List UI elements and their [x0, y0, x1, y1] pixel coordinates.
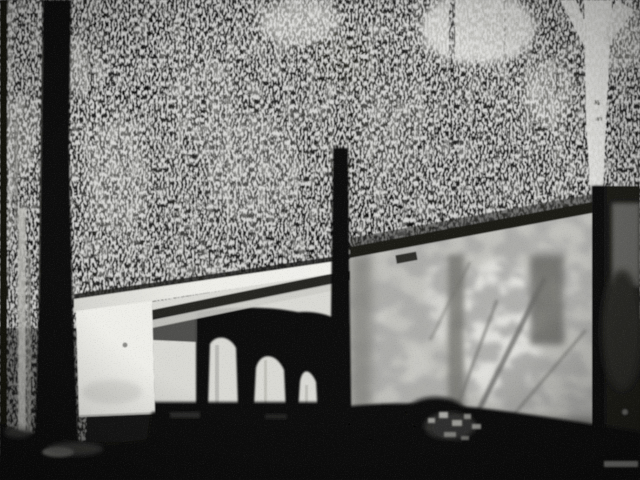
- photo-canvas: Black-and-white photograph of a modernis…: [0, 0, 640, 480]
- photograph: Black-and-white photograph of a modernis…: [0, 0, 640, 480]
- film-grain-dark: [0, 0, 640, 480]
- photo-stage: Black-and-white photograph of a modernis…: [0, 0, 640, 480]
